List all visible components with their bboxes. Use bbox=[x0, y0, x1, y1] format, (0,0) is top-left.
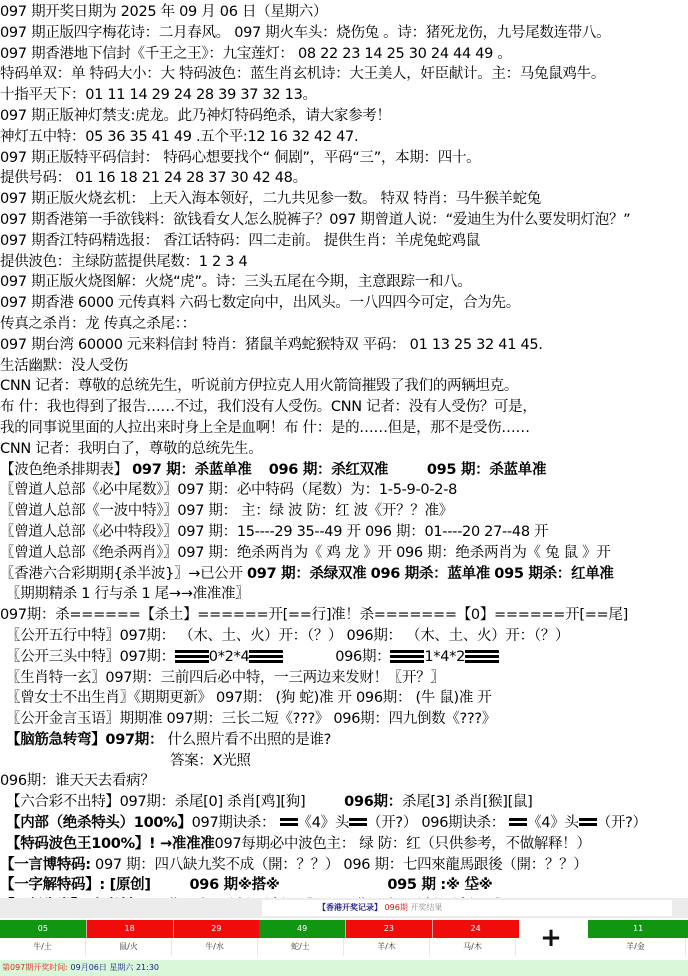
one-char-label: 【一字解特码】: [原创] bbox=[0, 877, 151, 893]
three-heads-096-label: 096期： bbox=[335, 649, 390, 665]
brain-teaser-line: 【脑筋急转弯】097期： 什么照片看不出照的是谁? bbox=[0, 730, 688, 751]
wave-king-text: 097每期必中波色主： 绿 防：红（只供参考，不做解释！） bbox=[215, 836, 591, 852]
humor-line-4: CNN 记者：我明白了，尊敬的总统先生。 bbox=[0, 439, 688, 460]
half-wave-097: 097 期：杀绿双准 bbox=[247, 566, 366, 582]
block-bar-icon bbox=[175, 650, 209, 664]
internal-kill-097-open: （开?） bbox=[367, 815, 417, 831]
wave-kill-table: 【波色绝杀排期表】 097 期：杀蓝单准 096 期：杀红双准 095 期：杀蓝… bbox=[0, 460, 688, 481]
block-bar-icon bbox=[465, 650, 499, 664]
draw-results-title[interactable]: 【香港开奖记录】 bbox=[318, 903, 382, 912]
brain-teaser-label: 【脑筋急转弯】097期： bbox=[6, 732, 163, 748]
draw-results-suffix: 开奖结果 bbox=[410, 903, 442, 912]
block-bar-icon bbox=[280, 818, 298, 828]
wave-king-line: 【特码波色王100%】! →准准准097每期必中波色主： 绿 防：红（只供参考，… bbox=[0, 834, 688, 855]
lamp-five-line: 神灯五中特：05 36 35 41 49 .五个平:12 16 32 42 47… bbox=[0, 127, 688, 148]
three-heads-line: 〖公开三头中特〗097期：0*2*4 096期：1*4*2 bbox=[0, 647, 688, 668]
ball-4: 49 bbox=[259, 920, 345, 938]
zodiac-5: 羊/木 bbox=[344, 938, 430, 956]
one-word-bet-label: 【一言博特码: bbox=[0, 857, 91, 873]
zodiac-3: 牛/水 bbox=[172, 938, 258, 956]
next-draw-status: 第097期开奖时间: 09月06日 星期六 21:30 bbox=[0, 960, 688, 976]
precise-kill-title: 〖期期精杀 1 行与杀 1 尾→→准准准〗 bbox=[0, 584, 688, 605]
first-hand-line: 097 期香港第一手欲钱料：欲钱看女人怎么脱裤子？097 期曾道人说：“爱迪生为… bbox=[0, 210, 688, 231]
wave-kill-097: 097 期：杀蓝单准 bbox=[132, 462, 251, 478]
ball-3: 29 bbox=[173, 920, 260, 938]
half-wave-line: 〖香港六合彩期期{杀半波}〗→已公开 097 期：杀绿双准 096 期杀：蓝单准… bbox=[0, 564, 688, 585]
internal-kill-line: 【内部（绝杀特头）100%】097期诀杀： 《4》头（开?） 096期诀杀： 《… bbox=[0, 813, 688, 834]
half-wave-label: 〖香港六合彩期期{杀半波}〗→已公开 bbox=[0, 566, 243, 582]
draw-date-line: 097 期开奖日期为 2025 年 09 月 06 日（星期六） bbox=[0, 2, 688, 23]
next-draw-label: 第097期开奖时间: bbox=[2, 963, 68, 972]
block-bar-icon bbox=[509, 818, 527, 828]
draw-results-header: 【香港开奖记录】 096期 开奖结果 bbox=[0, 898, 688, 918]
fire-diagram-line: 097 期正版火烧图解：火烧“虎”。诗：三头五尾在今期，主意跟踪一和八。 bbox=[0, 272, 688, 293]
internal-kill-096-head: 《4》头 bbox=[527, 815, 579, 831]
zeng-segment-line: 〖曾道人总部《必中特段》〗097 期：15----29 35--49 开 096… bbox=[0, 522, 688, 543]
wave-color-line: 提供波色：主绿防蓝提供尾数：1 2 3 4 bbox=[0, 252, 688, 273]
ten-fingers-line: 十指平天下：01 11 14 29 24 28 39 37 32 13。 bbox=[0, 85, 688, 106]
half-wave-095: 095 期杀：红单准 bbox=[494, 566, 613, 582]
ball-1: 05 bbox=[0, 920, 86, 938]
zeng-kill-two-line: 〖曾道人总部《绝杀两肖》〗097 期：绝杀两肖为《 鸡 龙 》开 096 期：绝… bbox=[0, 543, 688, 564]
plum-poem-line: 097 期正版四字梅花诗：二月春风。 097 期火车头：烧伤兔 。诗：猪死龙伤，… bbox=[0, 23, 688, 44]
underground-envelope-line: 097 期香港地下信封《千王之王》：九宝莲灯： 08 22 23 14 25 3… bbox=[0, 44, 688, 65]
ball-6: 24 bbox=[432, 920, 519, 938]
ball-5: 23 bbox=[345, 920, 432, 938]
zodiac-6: 马/木 bbox=[430, 938, 516, 956]
magic-lamp-line: 097 期正版神灯禁支:虎龙。此乃神灯特码绝杀，请大家参考！ bbox=[0, 106, 688, 127]
no-special-096-label: 096期： bbox=[344, 794, 402, 810]
brain-teaser-096: 096期：谁天天去看病？ bbox=[0, 771, 688, 792]
wave-kill-095: 095 期：杀蓝单准 bbox=[427, 462, 546, 478]
brain-teaser-question: 什么照片看不出照的是谁? bbox=[167, 732, 331, 748]
one-char-line: 【一字解特码】: [原创] 096 期※搭※ 095 期 :※ 垈※ bbox=[0, 875, 688, 896]
draw-results-period: 096期 bbox=[385, 903, 408, 912]
fire-mystery-line: 097 期正版火烧玄机： 上天入海本领好，二九共见参一数。 特双 特肖：马牛猴羊… bbox=[0, 189, 688, 210]
odd-even-line: 特码单双：单 特码大小：大 特码波色：蓝生肖玄机诗：大王美人，奸臣献计。主：马兔… bbox=[0, 64, 688, 85]
ball-2: 18 bbox=[86, 920, 173, 938]
no-special-096: 杀尾[3] 杀肖[猴][鼠] bbox=[402, 794, 533, 810]
internal-kill-097: 097期诀杀： bbox=[192, 815, 276, 831]
fax-kill-line: 传真之杀肖：龙 传真之杀尾：： bbox=[0, 314, 688, 335]
lottery-document: 097 期开奖日期为 2025 年 09 月 06 日（星期六） 097 期正版… bbox=[0, 2, 688, 938]
special-envelope-line: 097 期正版特平码信封： 特码心想要找个“ 侗剧”，平码“三”，本期：四十。 bbox=[0, 148, 688, 169]
three-heads-097: 0*2*4 bbox=[209, 649, 250, 665]
humor-line-2: 布 什：我也得到了报告……不过，我们没有人受伤。CNN 记者：没有人受伤？可是， bbox=[0, 397, 688, 418]
internal-kill-097-head: 《4》头 bbox=[298, 815, 350, 831]
one-char-096: 096 期※搭※ bbox=[190, 877, 280, 893]
block-bar-icon bbox=[390, 650, 424, 664]
zeng-wave-line: 〖曾道人总部《一波中特》〗097 期： 主：绿 波 防：红 波《开？？准》 bbox=[0, 501, 688, 522]
draw-results-widget: 【香港开奖记录】 096期 开奖结果 05 18 29 49 23 24 11 … bbox=[0, 898, 688, 976]
block-bar-icon bbox=[579, 818, 597, 828]
three-heads-label: 〖公开三头中特〗097期： bbox=[6, 649, 175, 665]
humor-line-3: 我的同事说里面的人拉出来时身上全是血啊！布 什：是的……但是，那不是受伤…… bbox=[0, 418, 688, 439]
internal-kill-label: 【内部（绝杀特头）100%】 bbox=[6, 815, 192, 831]
special-zodiac: 羊/金 bbox=[586, 938, 686, 956]
zeng-tail-line: 〖曾道人总部《必中尾数》〗097 期：必中特码（尾数）为：1-5-9-0-2-8 bbox=[0, 480, 688, 501]
special-ball: 11 bbox=[588, 920, 688, 938]
block-bar-icon bbox=[349, 818, 367, 828]
block-bar-icon bbox=[249, 650, 283, 664]
taiwan-line: 097 期台湾 60000 元来料信封 特肖：猪鼠羊鸡蛇猴特双 平码： 01 1… bbox=[0, 335, 688, 356]
plus-icon: + bbox=[517, 920, 585, 956]
five-elements-special: 〖公开五行中特〗097期： （木、土、火）开：（？） 096期： （木、土、火）… bbox=[0, 626, 688, 647]
zodiac-1: 牛/土 bbox=[0, 938, 86, 956]
half-wave-096: 096 期杀：蓝单准 bbox=[371, 566, 490, 582]
brain-teaser-answer: 答案：X光照 bbox=[0, 751, 688, 772]
precise-kill-line: 097期：杀======【杀土】======开[==行]准！杀=======【0… bbox=[0, 605, 688, 626]
three-heads-096: 1*4*2 bbox=[424, 649, 465, 665]
wave-kill-096: 096 期：杀红双准 bbox=[269, 462, 388, 478]
one-word-bet-text: 097 期：四八缺九奖不成（開：？？） 096 期：七四來龍馬跟後（開：？？） bbox=[91, 857, 588, 873]
internal-kill-096: 096期诀杀： bbox=[421, 815, 505, 831]
no-special-line: 【六合彩不出特】097期：杀尾[0] 杀肖[鸡][狗] 096期：杀尾[3] 杀… bbox=[0, 792, 688, 813]
no-special-label: 【六合彩不出特】097期：杀尾[0] 杀肖[鸡][狗] bbox=[6, 794, 305, 810]
humor-title: 生活幽默：没人受伤 bbox=[0, 356, 688, 377]
zodiac-4: 蛇/土 bbox=[258, 938, 344, 956]
wave-king-label: 【特码波色王100%】! →准准准 bbox=[6, 836, 215, 852]
zodiac-mystery-line: 〖生肖特一玄〗097期：三前四后必中特，一三两边来发财！〖开？〗 bbox=[0, 668, 688, 689]
xiangjiang-line: 097 期香江特码精选报： 香江话特码：四二走前。 提供生肖：羊虎兔蛇鸡鼠 bbox=[0, 231, 688, 252]
golden-words-line: 〖公开金言玉语〗期期准 097期：三长二短《???》 096期：四九倒数《???… bbox=[0, 709, 688, 730]
wave-kill-label: 【波色绝杀排期表】 bbox=[0, 462, 128, 478]
provided-numbers-line: 提供号码： 01 16 18 21 24 28 37 30 42 48。 bbox=[0, 168, 688, 189]
internal-kill-096-open: （开?） bbox=[597, 815, 647, 831]
humor-line-1: CNN 记者：尊敬的总统先生，听说前方伊拉克人用火箭筒摧毁了我们的两辆坦克。 bbox=[0, 376, 688, 397]
one-word-bet-line: 【一言博特码: 097 期：四八缺九奖不成（開：？？） 096 期：七四來龍馬跟… bbox=[0, 855, 688, 876]
fax-6000-line: 097 期香港 6000 元传真料 六码七数定向中，出风头。一八四四今可定，合为… bbox=[0, 293, 688, 314]
zodiac-2: 鼠/火 bbox=[86, 938, 172, 956]
next-draw-time: 09月06日 星期六 21:30 bbox=[68, 963, 159, 972]
one-char-095: 095 期 :※ 垈※ bbox=[387, 877, 492, 893]
ms-zeng-line: 〖曾女士不出生肖〗《期期更新》 097期： (狗 蛇)准 开 096期： (牛 … bbox=[0, 688, 688, 709]
